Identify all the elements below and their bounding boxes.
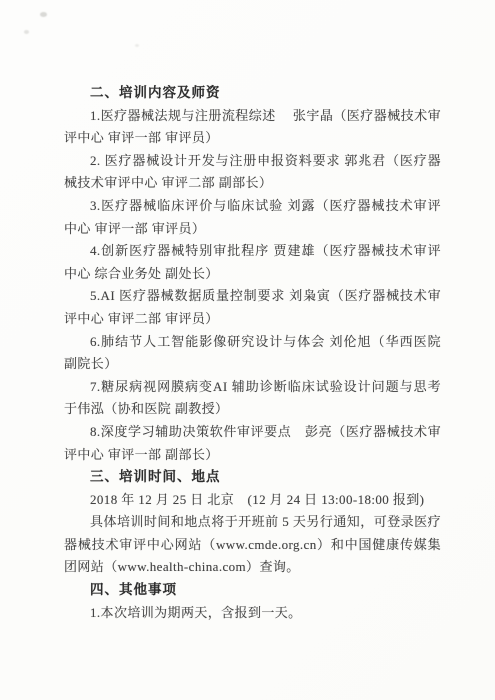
doc-line: 2. 医疗器械设计开发与注册申报资料要求 郭兆君（医疗器 — [64, 150, 441, 173]
doc-line: 6.肺结节人工智能影像研究设计与体会 刘伦旭（华西医院 — [64, 331, 441, 354]
doc-line: 2018 年 12 月 25 日 北京 (12 月 24 日 13:00-18:… — [64, 489, 441, 512]
doc-line: 中心 审评一部 审评员） — [64, 218, 441, 241]
doc-line: 具体培训时间和地点将于开班前 5 天另行通知，可登录医疗 — [64, 511, 441, 534]
doc-line: 团网站（www.health-china.com）查询。 — [64, 556, 441, 579]
section-heading: 四、其他事项 — [64, 579, 441, 602]
doc-line: 3.医疗器械临床评价与临床试验 刘露（医疗器械技术审评 — [64, 195, 441, 218]
doc-line: 评中心 审评二部 审评员） — [64, 308, 441, 331]
document-body: 二、培训内容及师资1.医疗器械法规与注册流程综述 张宇晶（医疗器械技术审评中心 … — [64, 82, 441, 624]
doc-line: 1.医疗器械法规与注册流程综述 张宇晶（医疗器械技术审 — [64, 105, 441, 128]
doc-line: 械技术审评中心 审评二部 副部长） — [64, 172, 441, 195]
doc-line: 评中心 审评一部 副部长） — [64, 444, 441, 467]
scanned-document-page: 二、培训内容及师资1.医疗器械法规与注册流程综述 张宇晶（医疗器械技术审评中心 … — [0, 0, 495, 700]
scan-speck — [135, 44, 139, 47]
scan-speck — [24, 30, 29, 34]
doc-line: 1.本次培训为期两天，含报到一天。 — [64, 602, 441, 625]
doc-line: 评中心 审评一部 审评员） — [64, 127, 441, 150]
scan-speck — [40, 12, 47, 17]
doc-line: 副院长） — [64, 353, 441, 376]
doc-line: 器械技术审评中心网站（www.cmde.org.cn）和中国健康传媒集 — [64, 534, 441, 557]
section-heading: 三、培训时间、地点 — [64, 466, 441, 489]
doc-line: 8.深度学习辅助决策软件审评要点 彭亮（医疗器械技术审 — [64, 421, 441, 444]
section-heading: 二、培训内容及师资 — [64, 82, 441, 105]
doc-line: 5.AI 医疗器械数据质量控制要求 刘枭寅（医疗器械技术审 — [64, 285, 441, 308]
doc-line: 4.创新医疗器械特别审批程序 贾建雄（医疗器械技术审评 — [64, 240, 441, 263]
doc-line: 中心 综合业务处 副处长） — [64, 263, 441, 286]
doc-line: 于伟泓（协和医院 副教授） — [64, 398, 441, 421]
doc-line: 7.糖尿病视网膜病变AI 辅助诊断临床试验设计问题与思考 — [64, 376, 441, 399]
